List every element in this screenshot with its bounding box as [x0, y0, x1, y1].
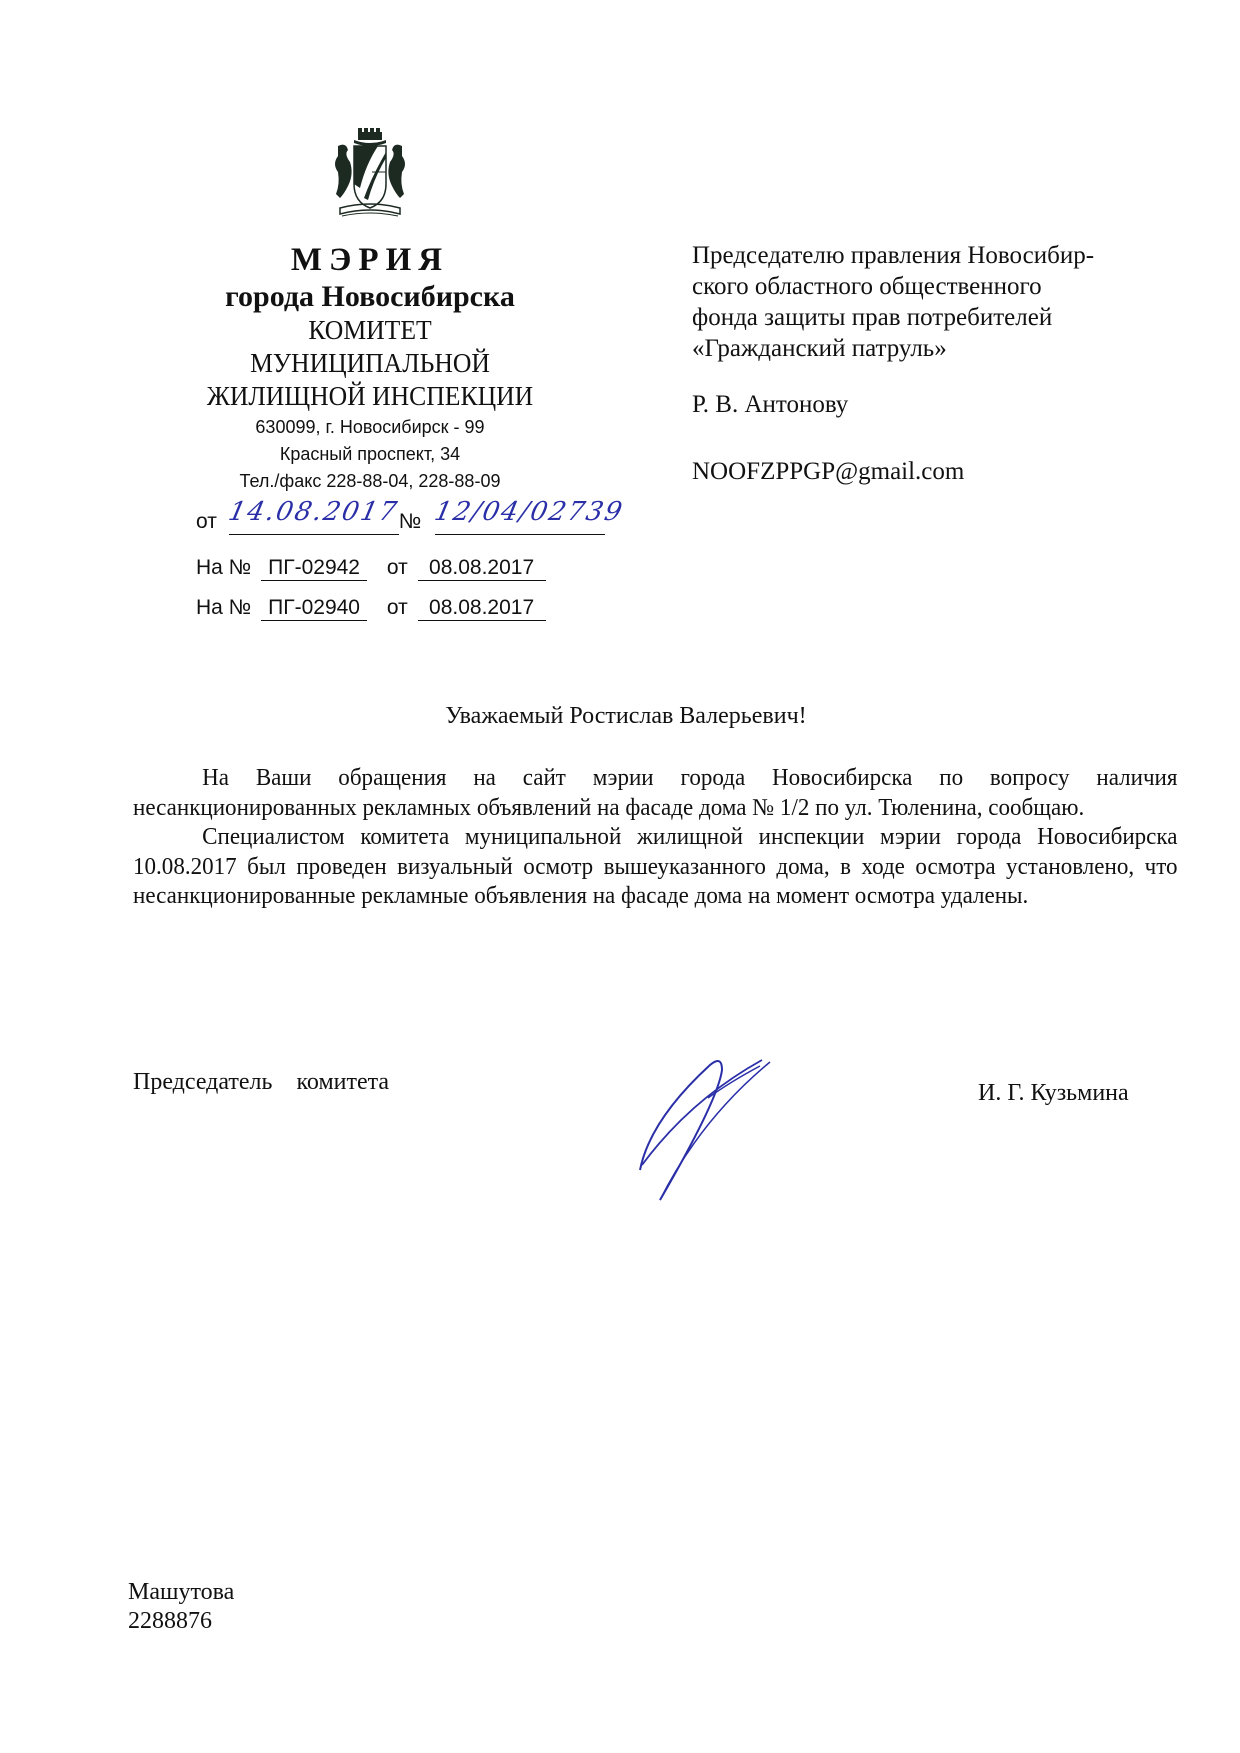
outgoing-number-handwritten: 12/04/02739 [433, 500, 627, 524]
reference-from-label: от [387, 556, 408, 579]
salutation: Уважаемый Ростислав Валерьевич! [0, 703, 1240, 730]
reference-date: 08.08.2017 [418, 556, 546, 581]
addressee-block: Председателю правления Новосибир- ского … [692, 240, 1172, 487]
org-address-line: Тел./факс 228-88-04, 228-88-09 [170, 469, 570, 494]
addressee-line: фонда защиты прав потребителей [692, 302, 1172, 333]
from-label: от [196, 510, 217, 533]
letterhead: МЭРИЯ города Новосибирска КОМИТЕТ МУНИЦИ… [170, 128, 570, 494]
org-address-line: 630099, г. Новосибирск - 99 [170, 415, 570, 440]
org-address-line: Красный проспект, 34 [170, 442, 570, 467]
reference-row: На № ПГ-02942 от 08.08.2017 [196, 556, 546, 581]
outgoing-date-handwritten: 14.08.2017 [227, 500, 401, 524]
body-paragraph: Специалистом комитета муниципальной жили… [133, 823, 1177, 912]
handwritten-signature-icon [630, 1040, 810, 1220]
addressee-name: Р. В. Антонову [692, 389, 1172, 420]
reference-date: 08.08.2017 [418, 596, 546, 621]
addressee-line: «Гражданский патруль» [692, 333, 1172, 364]
reference-number: ПГ-02940 [261, 596, 367, 621]
signatory-role: Председатель комитета [133, 1069, 389, 1096]
number-label: № [399, 510, 422, 533]
addressee-email: NOOFZPPGP@gmail.com [692, 456, 1172, 487]
executor-name: Машутова [128, 1578, 234, 1607]
reference-label: На № [196, 596, 251, 619]
outgoing-date-field: 14.08.2017 [229, 508, 399, 535]
org-dept-line: КОМИТЕТ [180, 314, 560, 347]
addressee-line: Председателю правления Новосибир- [692, 240, 1172, 271]
executor-phone: 2288876 [128, 1607, 234, 1636]
org-dept-line: МУНИЦИПАЛЬНОЙ [180, 347, 560, 380]
coat-of-arms-icon [320, 128, 420, 228]
executor-block: Машутова 2288876 [128, 1578, 234, 1636]
letter-body: На Ваши обращения на сайт мэрии города Н… [133, 764, 1177, 912]
signatory-name: И. Г. Кузьмина [978, 1080, 1129, 1107]
outgoing-number-field: 12/04/02739 [435, 508, 605, 535]
reference-label: На № [196, 556, 251, 579]
letter-page: МЭРИЯ города Новосибирска КОМИТЕТ МУНИЦИ… [0, 0, 1240, 1753]
body-paragraph: На Ваши обращения на сайт мэрии города Н… [133, 764, 1177, 823]
org-city: города Новосибирска [170, 280, 570, 314]
org-title: МЭРИЯ [170, 242, 570, 278]
reference-number: ПГ-02942 [261, 556, 367, 581]
reference-row: На № ПГ-02940 от 08.08.2017 [196, 596, 546, 621]
outgoing-registration: от 14.08.2017 № 12/04/02739 [196, 508, 605, 535]
reference-from-label: от [387, 596, 408, 619]
org-dept-line: ЖИЛИЩНОЙ ИНСПЕКЦИИ [180, 380, 560, 413]
addressee-line: ского областного общественного [692, 271, 1172, 302]
